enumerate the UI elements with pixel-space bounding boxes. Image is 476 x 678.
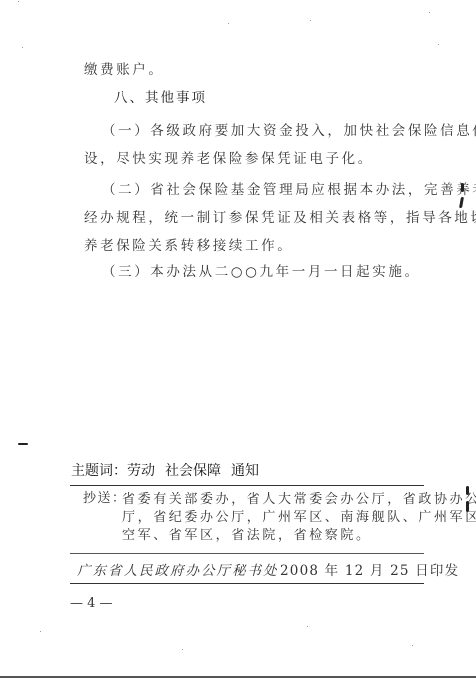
page-number: — 4 — bbox=[70, 596, 113, 612]
divider-cc bbox=[70, 553, 424, 554]
scan-speck bbox=[310, 20, 311, 21]
cc-line: 厅，省纪委办公厅，广州军区、南海舰队、广州军区 bbox=[122, 510, 476, 526]
body-line-item-2b: 经办规程，统一制订参保凭证及相关表格等，指导各地切实做好 bbox=[84, 210, 476, 226]
divider-subject bbox=[70, 485, 424, 486]
subject-keyword: 社会保障 bbox=[165, 463, 221, 479]
scan-speck bbox=[307, 626, 308, 627]
cc-line: 空军、省军区，省法院，省检察院。 bbox=[122, 528, 372, 544]
document-page: 缴费账户。 八、其他事项 （一）各级政府要加大资金投入，加快社会保险信息化建 设… bbox=[0, 0, 476, 678]
body-line-item-3: （三）本办法从二○○九年一月一日起实施。 bbox=[102, 264, 421, 280]
cc-line: 省委有关部委办，省人大常委会办公厅，省政协办公 bbox=[122, 492, 476, 508]
subject-words: 主题词：劳动社会保障通知 bbox=[71, 462, 259, 480]
scan-speck bbox=[412, 645, 413, 646]
divider-footer bbox=[70, 583, 424, 584]
subject-keyword: 劳动 bbox=[127, 463, 155, 479]
section-heading-other-matters: 八、其他事项 bbox=[114, 90, 207, 106]
issuer-name: 广东省人民政府办公厅秘书处 bbox=[77, 563, 279, 579]
scan-speck bbox=[40, 631, 41, 632]
scan-mark bbox=[461, 183, 464, 192]
body-line-item-2a: （二）省社会保险基金管理局应根据本办法，完善养老保险 bbox=[102, 182, 476, 198]
subject-words-label: 主题词： bbox=[71, 463, 127, 479]
body-line-account: 缴费账户。 bbox=[84, 62, 165, 78]
scan-mark bbox=[459, 197, 464, 208]
scan-speck bbox=[438, 44, 439, 45]
cc-label: 抄送： bbox=[83, 491, 127, 507]
scan-mark bbox=[466, 501, 469, 512]
scan-speck bbox=[182, 649, 183, 650]
subject-keyword: 通知 bbox=[231, 463, 259, 479]
scan-speck bbox=[228, 23, 229, 24]
body-line-item-1a: （一）各级政府要加大资金投入，加快社会保险信息化建 bbox=[102, 123, 476, 139]
body-line-item-1b: 设，尽快实现养老保险参保凭证电子化。 bbox=[84, 151, 374, 167]
body-line-item-2c: 养老保险关系转移接续工作。 bbox=[84, 238, 293, 254]
scan-speck bbox=[429, 12, 430, 13]
scan-speck bbox=[22, 47, 23, 48]
print-date: 2008 年 12 月 25 日印发 bbox=[280, 563, 459, 579]
scan-speck bbox=[18, 1, 19, 2]
scan-mark bbox=[466, 486, 469, 495]
scan-mark bbox=[18, 443, 28, 445]
